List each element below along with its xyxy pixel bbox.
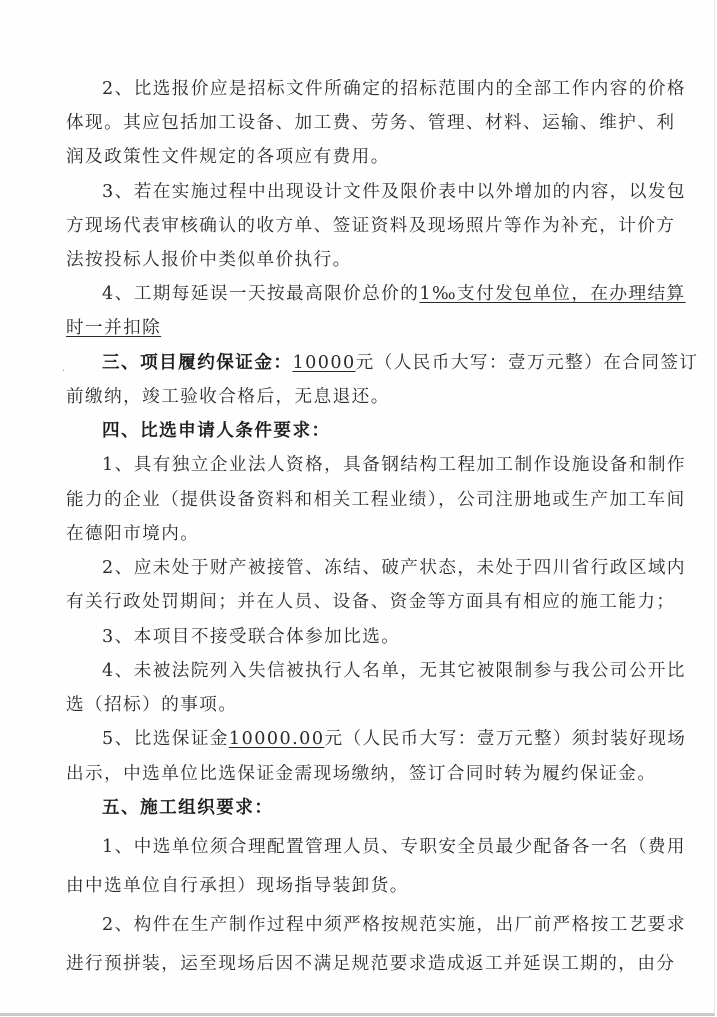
text: 4、未被法院列入失信被执行人名单，无其它被限制参与我公司公开比	[102, 661, 686, 681]
text: 4、工期每延误一天按最高限价总价的	[102, 284, 419, 304]
text: 由中选单位自行承担）现场指导装卸货。	[66, 876, 409, 896]
underlined-penalty-text: 1‰支付发包单位，在办理结算	[419, 284, 685, 304]
clause-2-line-3: 润及政策性文件规定的各项应有费用。	[66, 146, 656, 168]
text: 3、本项目不接受联合体参加比选。	[102, 627, 400, 647]
text: 法按投标人报价中类似单价执行。	[66, 250, 352, 270]
clause-2-line-1: 2、比选报价应是招标文件所确定的招标范围内的全部工作内容的价格	[66, 78, 692, 100]
section-heading: 三、项目履约保证金：	[102, 352, 292, 373]
s4-clause-1-line-2: 能力的企业（提供设备资料和相关工程业绩），公司注册地或生产加工车间	[66, 489, 656, 511]
text: 5、比选保证金	[102, 729, 229, 749]
s4-clause-2-line-1: 2、应未处于财产被接管、冻结、破产状态，未处于四川省行政区域内	[66, 557, 692, 579]
s5-clause-2-line-1: 2、构件在生产制作过程中须严格按规范实施，出厂前严格按工艺要求	[66, 914, 692, 936]
s4-clause-5-line-2: 出示，中选单位比选保证金需现场缴纳，签订合同时转为履约保证金。	[66, 763, 656, 785]
text: 方现场代表审核确认的收方单、签证资料及现场照片等作为补充，计价方	[66, 216, 675, 236]
clause-3-line-3: 法按投标人报价中类似单价执行。	[66, 249, 656, 271]
text: 3、若在实施过程中出现设计文件及限价表中以外增加的内容，以发包	[102, 182, 686, 202]
text: 能力的企业（提供设备资料和相关工程业绩），公司注册地或生产加工车间	[66, 490, 686, 510]
text: 在德阳市境内。	[66, 524, 199, 544]
clause-2-line-2: 体现。其应包括加工设备、加工费、劳务、管理、材料、运输、维护、利	[66, 112, 656, 134]
section-4-heading: 四、比选申请人条件要求：	[66, 420, 692, 442]
s5-clause-1-line-2: 由中选单位自行承担）现场指导装卸货。	[66, 875, 656, 897]
s5-clause-1-line-1: 1、中选单位须合理配置管理人员、专职安全员最少配备各一名（费用	[66, 836, 692, 858]
text: 2、应未处于财产被接管、冻结、破产状态，未处于四川省行政区域内	[102, 558, 686, 578]
clause-3-line-2: 方现场代表审核确认的收方单、签证资料及现场照片等作为补充，计价方	[66, 215, 656, 237]
s4-clause-4-line-2: 选（招标）的事项。	[66, 694, 656, 716]
section-heading: 五、施工组织要求：	[102, 797, 273, 818]
text: 前缴纳，竣工验收合格后，无息退还。	[66, 387, 390, 407]
s4-clause-1-line-3: 在德阳市境内。	[66, 523, 656, 545]
text: 1、具有独立企业法人资格，具备钢结构工程加工制作设施设备和制作	[102, 455, 686, 475]
stray-scan-mark: .	[62, 358, 67, 380]
deposit-amount: 10000	[292, 353, 355, 373]
text: 润及政策性文件规定的各项应有费用。	[66, 147, 390, 167]
text: 1、中选单位须合理配置管理人员、专职安全员最少配备各一名（费用	[102, 837, 686, 857]
text: 2、构件在生产制作过程中须严格按规范实施，出厂前严格按工艺要求	[102, 915, 686, 935]
text: 元（人民币大写：壹万元整）在合同签订	[356, 353, 699, 373]
underlined-penalty-text: 时一并扣除	[66, 318, 161, 338]
section-3-heading-line: .三、项目履约保证金：10000元（人民币大写：壹万元整）在合同签订	[66, 352, 692, 374]
text: 进行预拼装，运至现场后因不满足规范要求造成返工并延误工期的，由分	[66, 954, 675, 974]
s4-clause-4-line-1: 4、未被法院列入失信被执行人名单，无其它被限制参与我公司公开比	[66, 660, 692, 682]
document-page: 2、比选报价应是招标文件所确定的招标范围内的全部工作内容的价格 体现。其应包括加…	[0, 0, 715, 1016]
bid-deposit-amount: 10000.00	[229, 729, 325, 749]
text: 出示，中选单位比选保证金需现场缴纳，签订合同时转为履约保证金。	[66, 764, 656, 784]
clause-4-line-2: 时一并扣除	[66, 317, 656, 339]
s4-clause-1-line-1: 1、具有独立企业法人资格，具备钢结构工程加工制作设施设备和制作	[66, 454, 692, 476]
section-3-line-2: 前缴纳，竣工验收合格后，无息退还。	[66, 386, 656, 408]
section-5-heading: 五、施工组织要求：	[66, 797, 692, 819]
text: 体现。其应包括加工设备、加工费、劳务、管理、材料、运输、维护、利	[66, 113, 675, 133]
s4-clause-3: 3、本项目不接受联合体参加比选。	[66, 626, 692, 648]
text: 2、比选报价应是招标文件所确定的招标范围内的全部工作内容的价格	[102, 79, 686, 99]
text: 有关行政处罚期间；并在人员、设备、资金等方面具有相应的施工能力；	[66, 592, 675, 612]
section-heading: 四、比选申请人条件要求：	[102, 420, 331, 441]
s5-clause-2-line-2: 进行预拼装，运至现场后因不满足规范要求造成返工并延误工期的，由分	[66, 953, 656, 975]
s4-clause-2-line-2: 有关行政处罚期间；并在人员、设备、资金等方面具有相应的施工能力；	[66, 591, 656, 613]
clause-4-line-1: 4、工期每延误一天按最高限价总价的1‰支付发包单位，在办理结算	[66, 283, 692, 305]
clause-3-line-1: 3、若在实施过程中出现设计文件及限价表中以外增加的内容，以发包	[66, 181, 692, 203]
text: 元（人民币大写：壹万元整）须封装好现场	[324, 729, 686, 749]
text: 选（招标）的事项。	[66, 695, 237, 715]
s4-clause-5-line-1: 5、比选保证金10000.00元（人民币大写：壹万元整）须封装好现场	[66, 728, 692, 750]
